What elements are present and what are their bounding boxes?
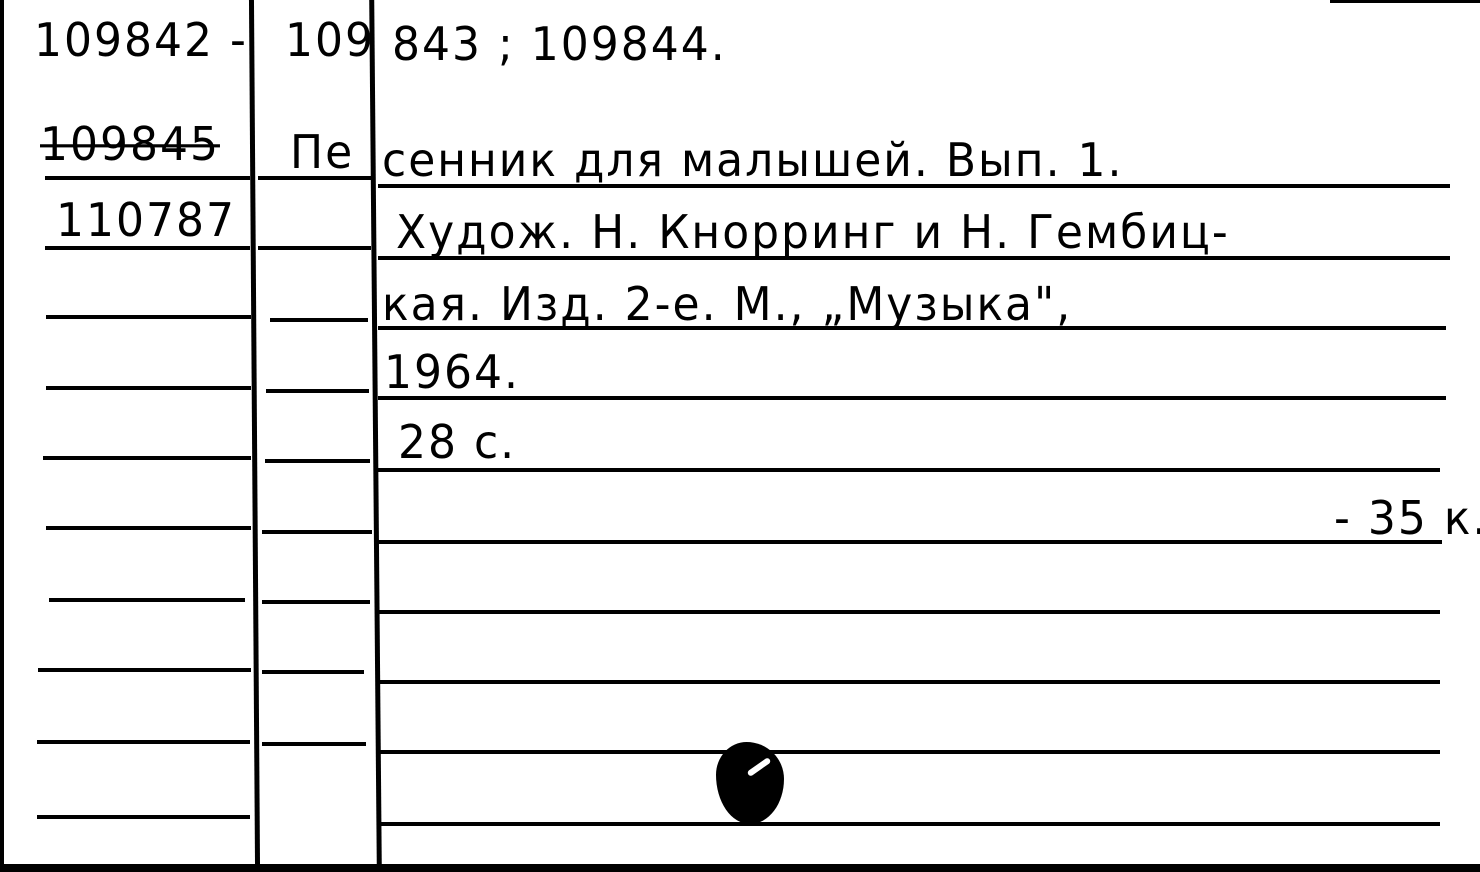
inventory-number-continuation: 843 ; 109844. (392, 18, 727, 72)
page-count: 28 с. (398, 416, 516, 470)
card-bottom-edge (0, 864, 1480, 872)
inventory-number-prefix: 109 (285, 14, 375, 68)
rule-line (378, 396, 1446, 400)
illustrators: Худож. Н. Кнорринг и Н. Гембиц- (396, 206, 1230, 260)
column-divider-right (369, 0, 382, 866)
edition-publisher: кая. Изд. 2-е. М., „Музыка", (382, 278, 1072, 332)
inventory-number-range-start: 109842 - (34, 14, 248, 68)
rule-line (37, 815, 250, 819)
rule-line (378, 750, 1440, 754)
book-title: сенник для малышей. Вып. 1. (382, 134, 1124, 188)
rule-line (46, 315, 251, 319)
rule-line (378, 610, 1440, 614)
rule-line (38, 668, 251, 672)
rule-line (262, 670, 364, 674)
rule-line (46, 386, 251, 390)
inventory-number-extra: 110787 (56, 194, 236, 248)
title-start: Пе (290, 126, 354, 180)
rule-line (378, 540, 1442, 544)
rule-line (265, 459, 370, 463)
rule-line (49, 598, 245, 602)
price: - 35 к. (1334, 492, 1480, 546)
column-divider-left (249, 0, 260, 866)
rule-line (37, 740, 250, 744)
publication-year: 1964. (384, 346, 520, 400)
rule-line (258, 246, 371, 250)
rule-line (262, 600, 370, 604)
rule-line (378, 680, 1440, 684)
rule-line (266, 389, 369, 393)
rule-line (43, 456, 251, 460)
rule-line (262, 530, 372, 534)
card-left-edge (0, 0, 4, 872)
rule-line (378, 468, 1440, 472)
rule-line (45, 176, 250, 180)
card-top-edge (1330, 0, 1480, 3)
rule-line (46, 526, 251, 530)
rule-line (378, 822, 1440, 826)
inventory-number-cancelled: 109845 (40, 118, 220, 172)
catalog-card: 109842 - 109 843 ; 109844. 109845 110787… (0, 0, 1480, 872)
rule-line (270, 318, 368, 322)
rule-line (262, 742, 366, 746)
ink-blot-mark (716, 742, 784, 824)
